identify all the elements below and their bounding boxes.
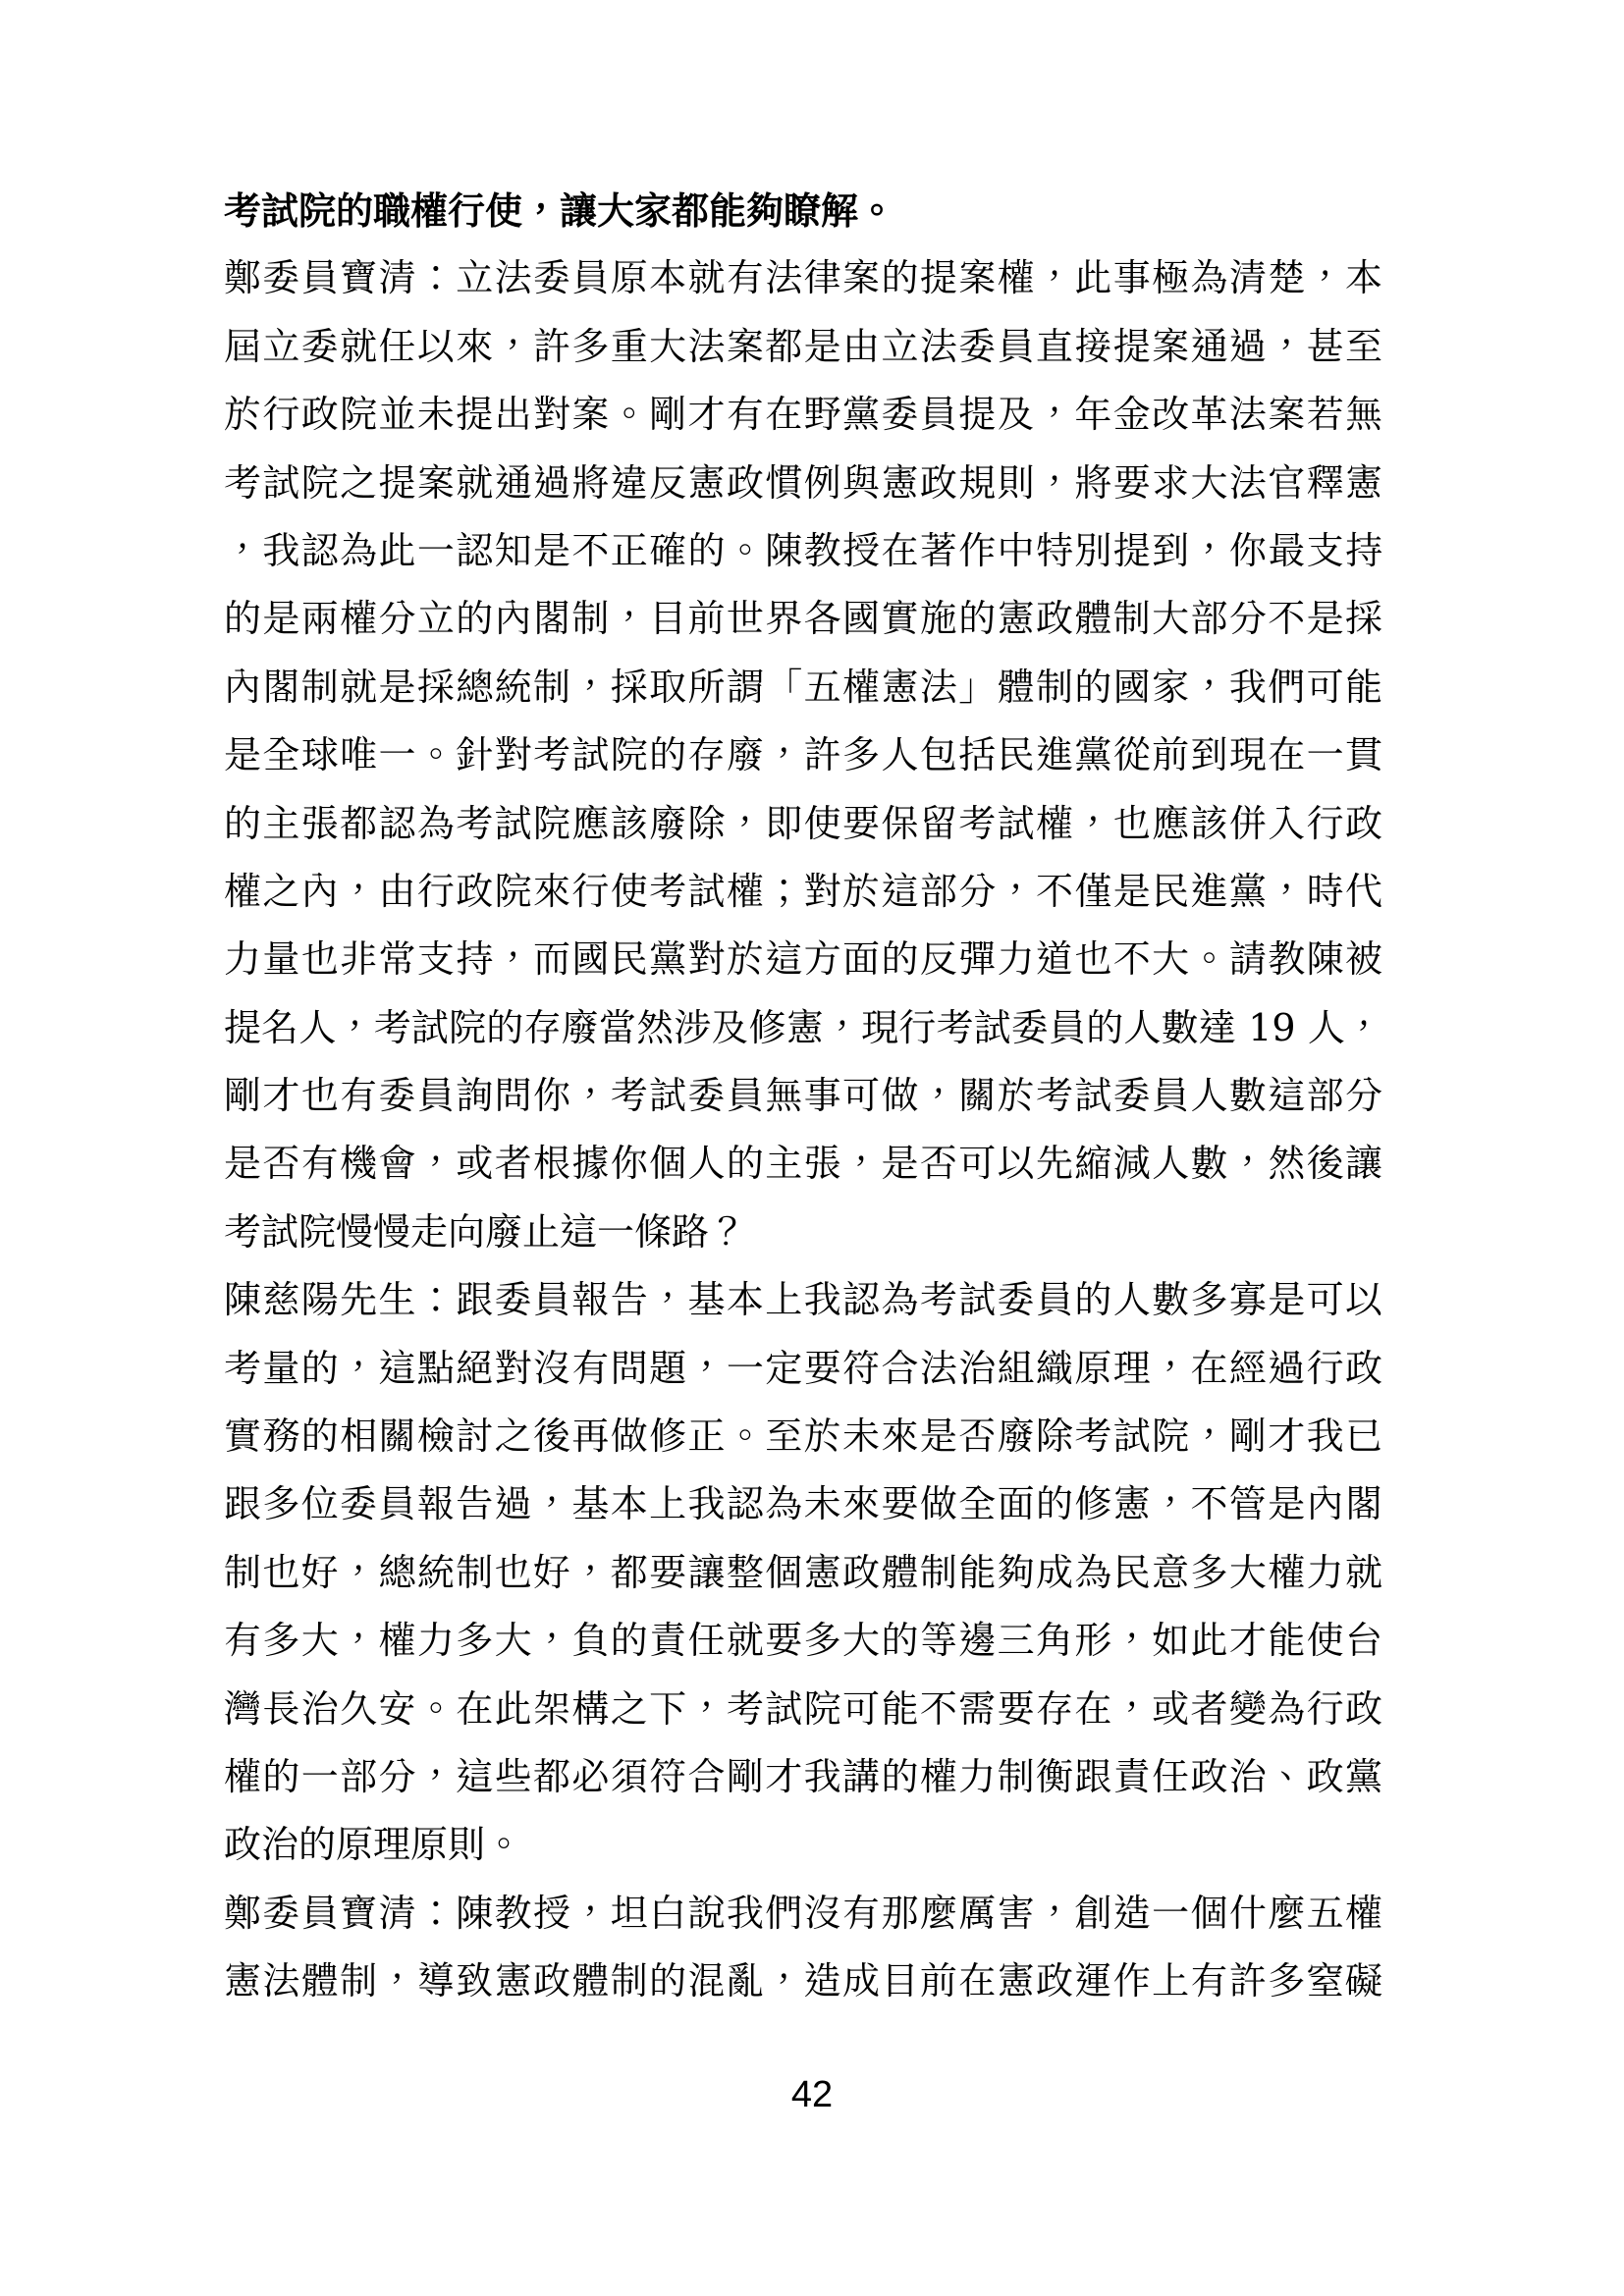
text-line: 是全球唯一。針對考試院的存廢，許多人包括民進黨從前到現在一貫 (224, 721, 1382, 789)
text-line: 實務的相關檢討之後再做修正。至於未來是否廢除考試院，剛才我已 (224, 1403, 1382, 1470)
text-line: 考量的，這點絕對沒有問題，一定要符合法治組織原理，在經過行政 (224, 1335, 1382, 1403)
text-line: ，我認為此一認知是不正確的。陳教授在著作中特別提到，你最支持 (224, 517, 1382, 585)
page-number: 42 (0, 2073, 1624, 2116)
text-line: 提名人，考試院的存廢當然涉及修憲，現行考試委員的人數達 19 人， (224, 994, 1382, 1062)
text-line: 是否有機會，或者根據你個人的主張，是否可以先縮減人數，然後讓 (224, 1130, 1382, 1198)
text-line: 陳慈陽先生：跟委員報告，基本上我認為考試委員的人數多寡是可以 (224, 1266, 1382, 1334)
text-line: 內閣制就是採總統制，採取所謂「五權憲法」體制的國家，我們可能 (224, 654, 1382, 721)
text-line: 權的一部分，這些都必須符合剛才我講的權力制衡跟責任政治、政黨 (224, 1743, 1382, 1811)
text-line: 鄭委員寶清：立法委員原本就有法律案的提案權，此事極為清楚，本 (224, 244, 1382, 312)
text-line: 權之內，由行政院來行使考試權；對於這部分，不僅是民進黨，時代 (224, 858, 1382, 926)
section-heading: 考試院的職權行使，讓大家都能夠瞭解。 (224, 177, 1382, 244)
text-line: 灣長治久安。在此架構之下，考試院可能不需要存在，或者變為行政 (224, 1676, 1382, 1743)
text-line: 剛才也有委員詢問你，考試委員無事可做，關於考試委員人數這部分 (224, 1062, 1382, 1130)
text-line: 制也好，總統制也好，都要讓整個憲政體制能夠成為民意多大權力就 (224, 1539, 1382, 1607)
text-line: 憲法體制，導致憲政體制的混亂，造成目前在憲政運作上有許多窒礙 (224, 1948, 1382, 2015)
text-line: 跟多位委員報告過，基本上我認為未來要做全面的修憲，不管是內閣 (224, 1470, 1382, 1538)
text-line: 有多大，權力多大，負的責任就要多大的等邊三角形，如此才能使台 (224, 1607, 1382, 1675)
text-line: 的主張都認為考試院應該廢除，即使要保留考試權，也應該併入行政 (224, 790, 1382, 858)
text-line: 力量也非常支持，而國民黨對於這方面的反彈力道也不大。請教陳被 (224, 926, 1382, 993)
text-line: 考試院慢慢走向廢止這一條路？ (224, 1199, 1382, 1266)
text-line: 屆立委就任以來，許多重大法案都是由立法委員直接提案通過，甚至 (224, 313, 1382, 381)
text-line: 政治的原理原則。 (224, 1811, 1382, 1879)
text-line: 鄭委員寶清：陳教授，坦白說我們沒有那麼厲害，創造一個什麼五權 (224, 1880, 1382, 1948)
text-line: 的是兩權分立的內閣制，目前世界各國實施的憲政體制大部分不是採 (224, 585, 1382, 653)
text-block: 考試院的職權行使，讓大家都能夠瞭解。 鄭委員寶清：立法委員原本就有法律案的提案權… (224, 177, 1382, 2016)
document-page: 考試院的職權行使，讓大家都能夠瞭解。 鄭委員寶清：立法委員原本就有法律案的提案權… (0, 0, 1624, 2296)
text-line: 考試院之提案就通過將違反憲政慣例與憲政規則，將要求大法官釋憲 (224, 450, 1382, 517)
text-line: 於行政院並未提出對案。剛才有在野黨委員提及，年金改革法案若無 (224, 381, 1382, 449)
